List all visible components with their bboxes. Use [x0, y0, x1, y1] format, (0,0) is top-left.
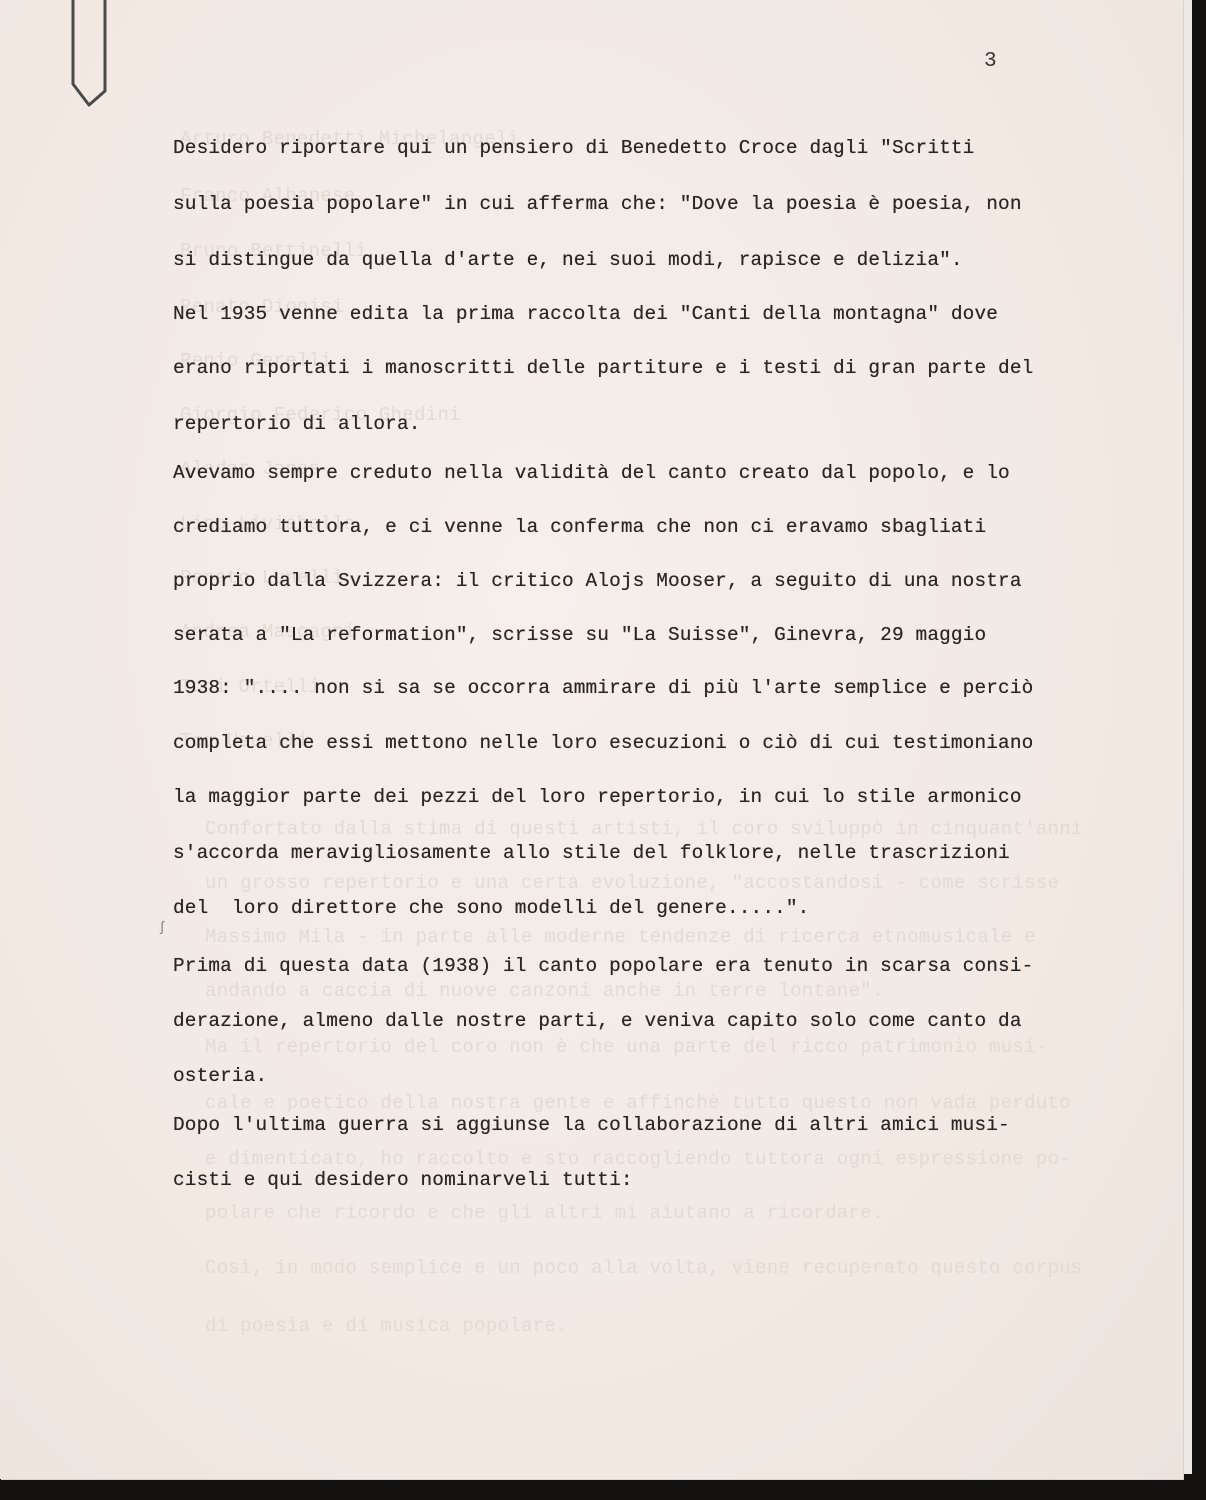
text-line: completa che essi mettono nelle loro ese… — [173, 731, 1033, 755]
text-line: proprio dalla Svizzera: il critico Alojs… — [173, 569, 1022, 593]
text-line: Prima di questa data (1938) il canto pop… — [173, 954, 1033, 978]
show-through-line: Ma il repertorio del coro non è che una … — [205, 1036, 1048, 1058]
text-line: Avevamo sempre creduto nella validità de… — [173, 461, 1010, 485]
typewritten-page: 3 Arturo Benedetti MichelangeliFranco Al… — [0, 0, 1183, 1479]
show-through-line: polare che ricordo e che gli altri mi ai… — [205, 1202, 884, 1224]
text-line: Dopo l'ultima guerra si aggiunse la coll… — [173, 1113, 1010, 1137]
text-line: derazione, almeno dalle nostre parti, e … — [173, 1009, 1022, 1033]
paper-clip-icon — [69, 0, 117, 111]
text-line: repertorio di allora. — [173, 412, 421, 436]
text-line: s'accorda meravigliosamente allo stile d… — [173, 841, 1010, 865]
text-line: osteria. — [173, 1064, 267, 1088]
show-through-line: Massimo Mila - in parte alle moderne ten… — [205, 926, 1036, 948]
show-through-line: un grosso repertorio e una certa evoluzi… — [205, 872, 1059, 894]
text-line: cisti e qui desidero nominarveli tutti: — [173, 1168, 633, 1192]
text-line: erano riportati i manoscritti delle part… — [173, 356, 1033, 380]
show-through-line: andando a caccia di nuove canzoni anche … — [205, 980, 884, 1002]
show-through-line: cale e poetico della nostra gente e affi… — [205, 1092, 1071, 1114]
margin-mark: ʃ — [158, 920, 162, 942]
show-through-line: di poesia e di musica popolare. — [205, 1315, 568, 1337]
show-through-line: Così, in modo semplice e un poco alla vo… — [205, 1257, 1083, 1279]
text-line: la maggior parte dei pezzi del loro repe… — [173, 785, 1022, 809]
page-number: 3 — [984, 50, 997, 73]
text-line: crediamo tuttora, e ci venne la conferma… — [173, 515, 986, 539]
text-line: Desidero riportare qui un pensiero di Be… — [173, 136, 974, 160]
text-line: del loro direttore che sono modelli del … — [173, 896, 809, 920]
show-through-line: Confortato dalla stima di questi artisti… — [205, 818, 1083, 840]
text-line: 1938: ".... non si sa se occorra ammirar… — [173, 676, 1033, 700]
text-line: sulla poesia popolare" in cui afferma ch… — [173, 192, 1022, 216]
text-line: si distingue da quella d'arte e, nei suo… — [173, 248, 963, 272]
show-through-line: e dimenticato, ho raccolto e sto raccogl… — [205, 1148, 1071, 1170]
text-line: Nel 1935 venne edita la prima raccolta d… — [173, 302, 998, 326]
text-line: serata a "La reformation", scrisse su "L… — [173, 623, 986, 647]
